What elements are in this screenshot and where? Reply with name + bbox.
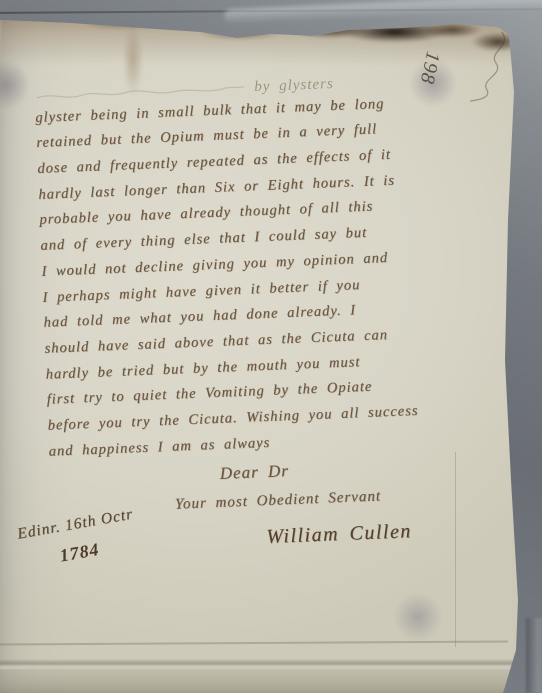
photo-backdrop: 198 by glysters glyster being in small b… bbox=[0, 0, 542, 693]
manuscript-scan: { "document": { "page_number": "198", "f… bbox=[0, 0, 542, 693]
dateline-year: 1784 bbox=[58, 532, 140, 566]
backdrop-highlight-band bbox=[224, 0, 542, 24]
smudge-top-left bbox=[0, 58, 28, 112]
letter-body: by glysters glyster being in small bulk … bbox=[34, 66, 497, 560]
smudge-bottom-right bbox=[394, 592, 442, 642]
vertical-crease bbox=[455, 452, 456, 647]
signature: William Cullen bbox=[266, 517, 497, 552]
volume-edge-sliver bbox=[526, 618, 542, 693]
faded-line-fragment: by glysters bbox=[254, 76, 334, 96]
letter-bottom-edge bbox=[0, 640, 508, 645]
letter-page: 198 by glysters glyster being in small b… bbox=[0, 0, 542, 693]
faded-illegible-text bbox=[34, 82, 246, 102]
dateline: Edinr. 16th Octr 1784 bbox=[16, 506, 140, 574]
underlying-page-strip bbox=[0, 667, 516, 693]
